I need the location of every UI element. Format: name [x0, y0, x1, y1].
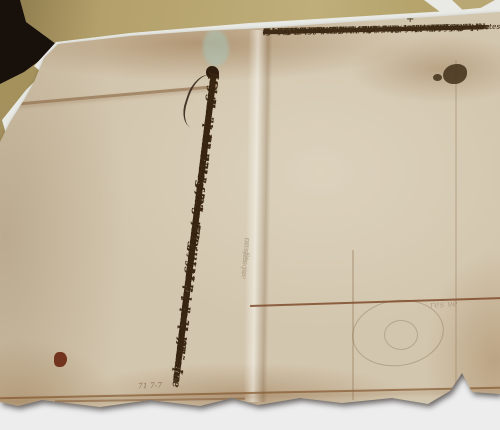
manuscript-photo: + zr 71 7-7 res ve Diz dõ Joaõ Mascarenh… [0, 0, 500, 430]
manuscript-paper: + zr 71 7-7 res ve Diz dõ Joaõ Mascarenh… [0, 0, 500, 430]
wax-stain [54, 352, 67, 367]
bottom-fold-crease-2 [55, 398, 245, 402]
pencil-note: zr [22, 50, 29, 58]
ink-blot [443, 64, 467, 84]
manuscript-line: Gernageis co nas suas tepas tiver a cast… [263, 23, 448, 37]
bottom-edge-ink-marks: 71 7-7 [138, 381, 162, 391]
center-fold-crease [243, 30, 272, 402]
pencil-scribble-inner [384, 320, 418, 350]
right-page-text: Diz dõ Joaõ Mascarenhas que sendo dº de … [263, 21, 500, 27]
teal-smudge-stain [203, 30, 229, 66]
manuscript-paper-wrap: + zr 71 7-7 res ve Diz dõ Joaõ Mascarenh… [0, 0, 500, 430]
vertical-crease-2 [455, 60, 457, 390]
